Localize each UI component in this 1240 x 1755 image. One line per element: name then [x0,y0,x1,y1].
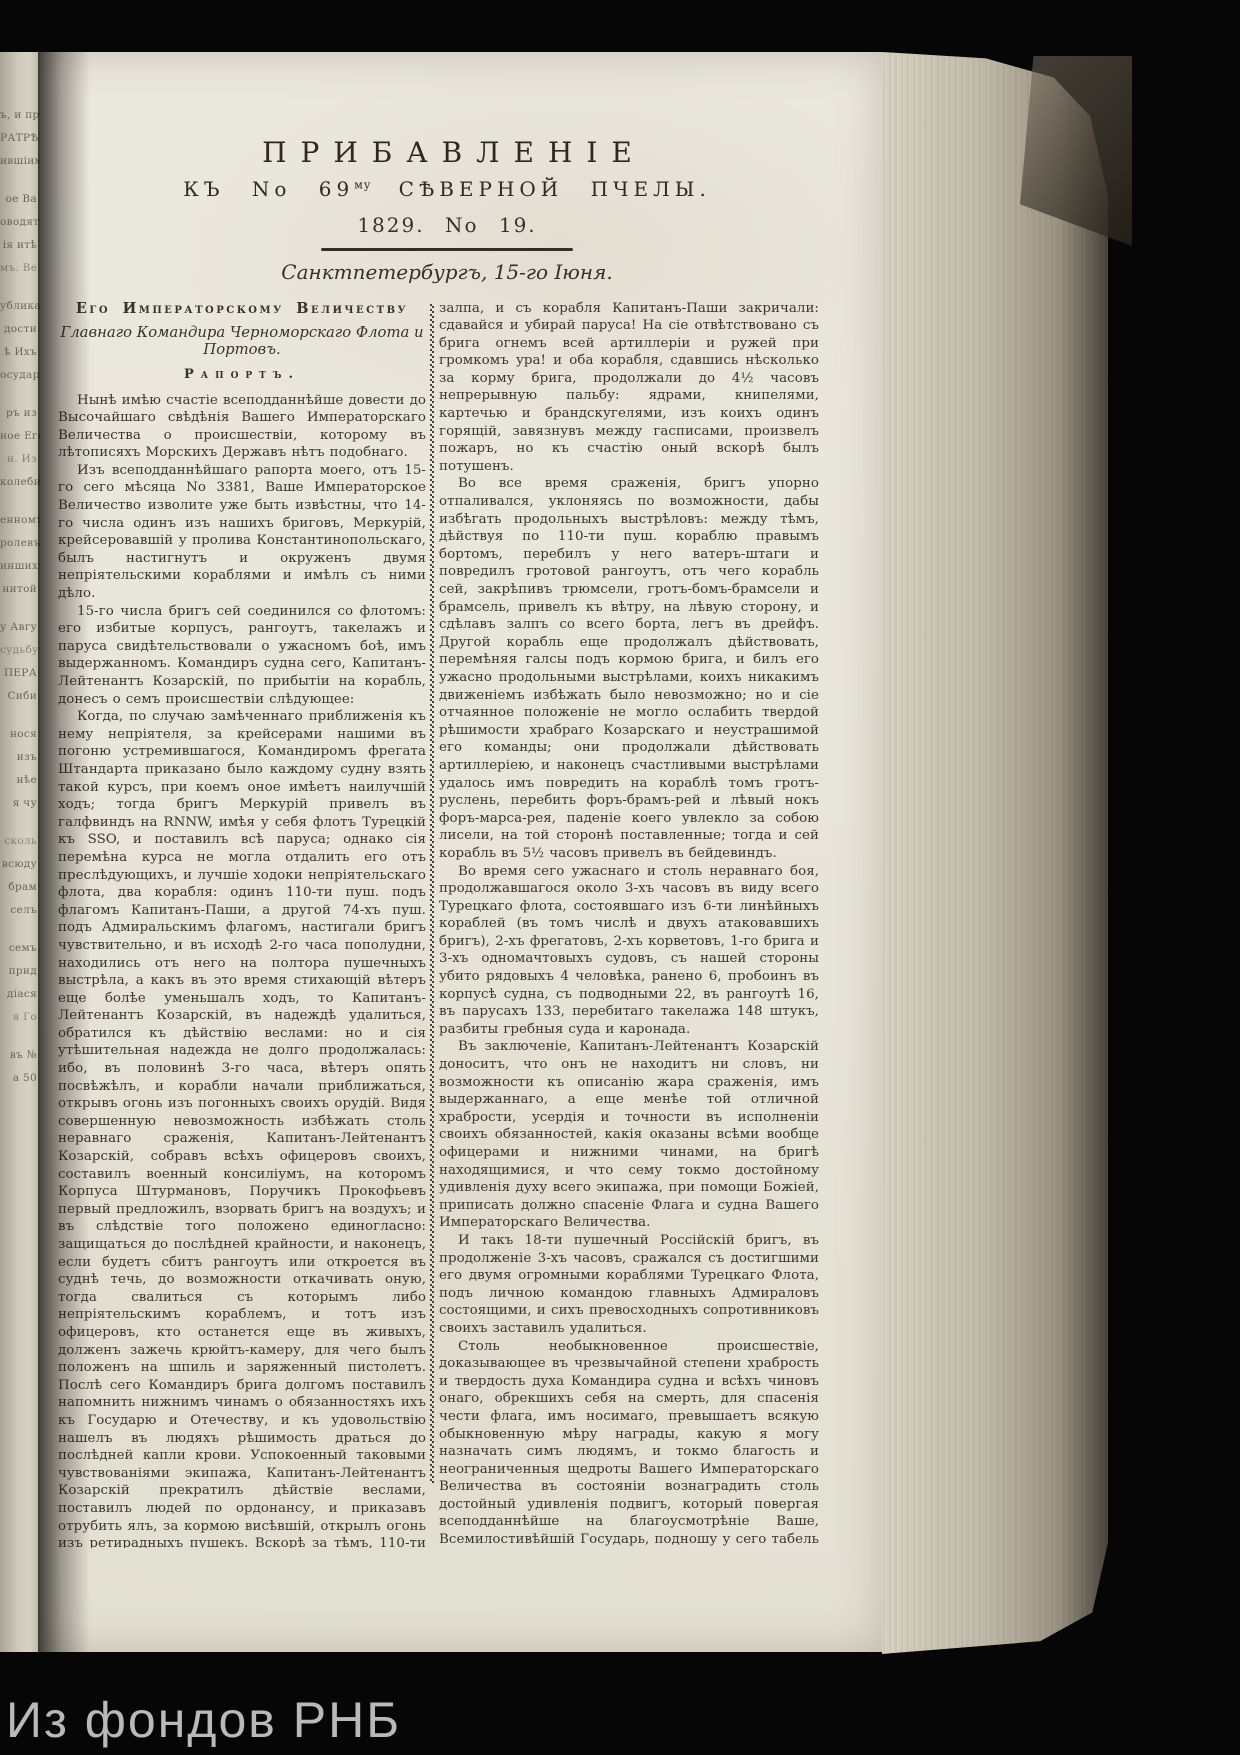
edge-text-fragment: ролевъ [0,537,37,549]
edge-text-fragment: ръ из [0,407,37,419]
edge-text-fragment: изъ [0,751,37,763]
masthead-subtitle-pre: КЪ No 69 [183,177,354,201]
library-watermark: Из фондов РНБ [6,1691,401,1749]
edge-text-fragment: у Авгу [0,621,37,633]
edge-text-fragment: ПЕРА [0,667,37,679]
paragraph: Въ заключеніе, Капитанъ-Лейтенантъ Козар… [439,1038,819,1232]
paragraph: Столь необыкновенное происшествіе, доказ… [439,1338,819,1548]
edge-text-fragment: ублика [0,300,37,312]
masthead-subtitle: КЪ No 69му СѢВЕРНОЙ ПЧЕЛЫ. [58,177,836,201]
edge-text-fragment: ъ, и пр [0,109,37,121]
right-column: залпа, и съ корабля Капитанъ-Паши закрич… [439,300,819,1548]
edge-text-fragment: а 50 [0,1072,37,1084]
edge-text-fragment: сколь [0,835,37,847]
paragraph: залпа, и съ корабля Капитанъ-Паши закрич… [439,300,819,476]
newspaper-content: ПРИБАВЛЕНІЕ КЪ No 69му СѢВЕРНОЙ ПЧЕЛЫ. 1… [58,108,836,1548]
edge-text-fragment: всюду [0,858,37,870]
paragraph: Во все время сраженія, бригъ упорно отпа… [439,475,819,862]
edge-text-fragment: въ № [0,1049,37,1061]
edge-text-fragment: селъ [0,904,37,916]
paragraph: Когда, по случаю замѣченнаго приближенія… [58,708,426,1547]
edge-text-fragment: мъ. Ве [0,262,37,274]
issue-number-line: 1829. No 19. [58,213,836,237]
edge-text-fragment: Сиби [0,690,37,702]
edge-text-fragment: енномъ [0,514,37,526]
edge-text-fragment: иншихъ [0,560,37,572]
column-divider-squiggle [426,300,439,1548]
masthead-subtitle-post: СѢВЕРНОЙ ПЧЕЛЫ. [399,177,711,201]
edge-text-fragment: семъ [0,942,37,954]
paragraph: 15-го числа бригъ сей соединился со флот… [58,603,426,709]
edge-text-fragment: нѣе [0,774,37,786]
report-sender: Главнаго Командира Черноморскаго Флота и… [58,324,426,358]
edge-text-fragment: ѣ Ихъ [0,346,37,358]
report-heading: Рапортъ. [58,367,426,382]
edge-text-fragment: РАТРѢ [0,132,37,144]
edge-text-fragment: и. Из [0,453,37,465]
edge-text-fragment: нося [0,728,37,740]
edge-text-fragment: колеби [0,476,37,488]
masthead-subtitle-superscript: му [354,178,371,191]
paragraph: Изъ всеподданнѣйшаго рапорта моего, отъ … [58,462,426,603]
edge-text-fragment: ое Ва [0,193,37,205]
edge-text-fragment: судьбу [0,644,37,656]
masthead-rule [321,248,573,251]
dateline: Санктпетербургъ, 15-го Іюня. [58,260,836,284]
edge-text-fragment: діася [0,988,37,1000]
edge-text-fragment: ившіимъ [0,155,37,167]
left-column: Его Императорскому Величеству Главнаго К… [58,300,426,1548]
facing-page-sliver: ъ, и прРАТРѢившіимъое Ваоводятъія итѣмъ.… [0,52,40,1652]
edge-text-fragment: ное Его [0,430,37,442]
edge-text-fragment: нитой [0,583,37,595]
edge-text-fragment: я чу [0,797,37,809]
two-column-text: Его Императорскому Величеству Главнаго К… [58,300,836,1548]
report-addressee: Его Императорскому Величеству [58,300,426,317]
edge-text-fragment: оводятъ [0,216,37,228]
edge-text-fragment: осударь [0,369,37,381]
paragraph: Нынѣ имѣю счастіе всеподданнѣйше довести… [58,392,426,462]
paragraph: Во время сего ужаснаго и столь неравнаго… [439,863,819,1039]
edge-text-fragment: прид [0,965,37,977]
edge-text-fragment: дости [0,323,37,335]
page-stack-edge [882,52,1108,1654]
edge-text-fragment: я Го [0,1011,37,1023]
masthead-title: ПРИБАВЛЕНІЕ [58,136,836,169]
edge-text-fragment: ія итѣ [0,239,37,251]
paragraph: И такъ 18-ти пушечный Россійскій бригъ, … [439,1232,819,1338]
edge-text-fragment: брам [0,881,37,893]
book-page: ПРИБАВЛЕНІЕ КЪ No 69му СѢВЕРНОЙ ПЧЕЛЫ. 1… [40,52,882,1652]
